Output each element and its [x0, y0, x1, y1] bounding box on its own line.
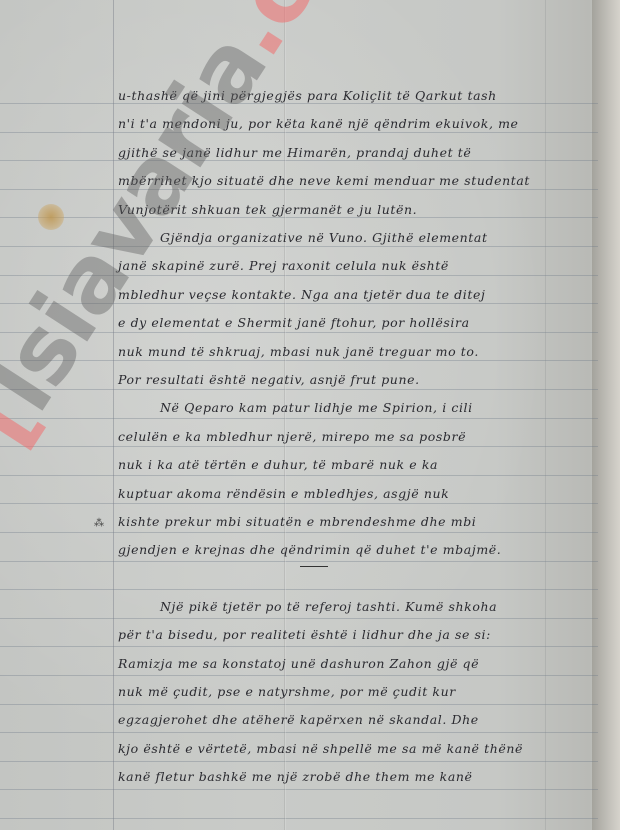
- handwritten-line: nuk më çudit, pse e natyrshme, por më çu…: [118, 684, 456, 699]
- ruled-line: [0, 389, 598, 390]
- handwritten-line: kanë fletur bashkë me një zrobë dhe them…: [118, 769, 473, 784]
- handwritten-line: Por resultati është negativ, asnjë frut …: [118, 372, 420, 387]
- handwritten-line: nuk mund të shkruaj, mbasi nuk janë treg…: [118, 344, 479, 359]
- ruled-line: [0, 332, 598, 333]
- handwritten-line: nuk i ka atë tërtën e duhur, të mbarë nu…: [118, 457, 438, 472]
- ruled-line: [0, 189, 598, 190]
- handwritten-line: n'i t'a mendoni ju, por këta kanë një që…: [118, 116, 519, 131]
- ruled-line: [0, 732, 598, 733]
- paper-edge-shadow: [592, 0, 620, 830]
- handwritten-line: Vunjotërit shkuan tek gjermanët e ju lut…: [118, 202, 417, 217]
- stain-spot: [38, 204, 64, 230]
- ruled-line: [0, 818, 598, 819]
- left-margin-line: [113, 0, 114, 830]
- section-divider: [300, 566, 328, 567]
- handwritten-line: celulën e ka mbledhur njerë, mirepo me s…: [118, 429, 466, 444]
- ruled-line: [0, 275, 598, 276]
- ruled-line: [0, 646, 598, 647]
- handwritten-line: kishte prekur mbi situatën e mbrendeshme…: [118, 514, 476, 529]
- handwritten-line: për t'a bisedu, por realiteti është i li…: [118, 627, 491, 642]
- right-margin-line: [545, 0, 546, 830]
- ruled-line: [0, 475, 598, 476]
- ruled-line: [0, 246, 598, 247]
- ruled-line: [0, 217, 598, 218]
- handwritten-line: Një pikë tjetër po të referoj tashti. Ku…: [160, 599, 497, 614]
- handwritten-line: mbërrihet kjo situatë dhe neve kemi mend…: [118, 173, 530, 188]
- ruled-line: [0, 532, 598, 533]
- handwritten-line: Në Qeparo kam patur lidhje me Spirion, i…: [160, 400, 473, 415]
- handwritten-line: gjithë se janë lidhur me Himarën, pranda…: [118, 145, 471, 160]
- handwritten-line: Gjëndja organizative në Vuno. Gjithë ele…: [160, 230, 488, 245]
- margin-mark: ⁂: [94, 518, 104, 529]
- ruled-line: [0, 675, 598, 676]
- ruled-line: [0, 303, 598, 304]
- ruled-line: [0, 360, 598, 361]
- handwritten-line: e dy elementat e Shermit janë ftohur, po…: [118, 315, 470, 330]
- ruled-line: [0, 503, 598, 504]
- ruled-line: [0, 103, 598, 104]
- handwritten-line: mbledhur veçse kontakte. Nga ana tjetër …: [118, 287, 485, 302]
- ruled-line: [0, 618, 598, 619]
- ruled-line: [0, 789, 598, 790]
- ruled-line: [0, 160, 598, 161]
- watermark-tld: .com: [197, 0, 418, 74]
- ruled-line: [0, 132, 598, 133]
- handwritten-line: kjo është e vërtetë, mbasi në shpellë me…: [118, 741, 523, 756]
- handwritten-letter-page: ⁂ u-thashë që jini përgjegjës para Koliç…: [0, 0, 620, 830]
- handwritten-line: u-thashë që jini përgjegjës para Koliçli…: [118, 88, 497, 103]
- ruled-line: [0, 418, 598, 419]
- ruled-line: [0, 761, 598, 762]
- ruled-line: [0, 704, 598, 705]
- handwritten-line: janë skapinë zurë. Prej raxonit celula n…: [118, 258, 449, 273]
- handwritten-line: Ramizja me sa konstatoj unë dashuron Zah…: [118, 656, 479, 671]
- handwritten-line: gjendjen e krejnas dhe qëndrimin që duhe…: [118, 542, 501, 557]
- ruled-line: [0, 589, 598, 590]
- ruled-line: [0, 446, 598, 447]
- watermark-bracket-open: [: [0, 371, 57, 463]
- handwritten-line: egzagjerohet dhe atëherë kapërxen në ska…: [118, 712, 479, 727]
- handwritten-line: kuptuar akoma rëndësin e mbledhjes, asgj…: [118, 486, 449, 501]
- ruled-line: [0, 561, 598, 562]
